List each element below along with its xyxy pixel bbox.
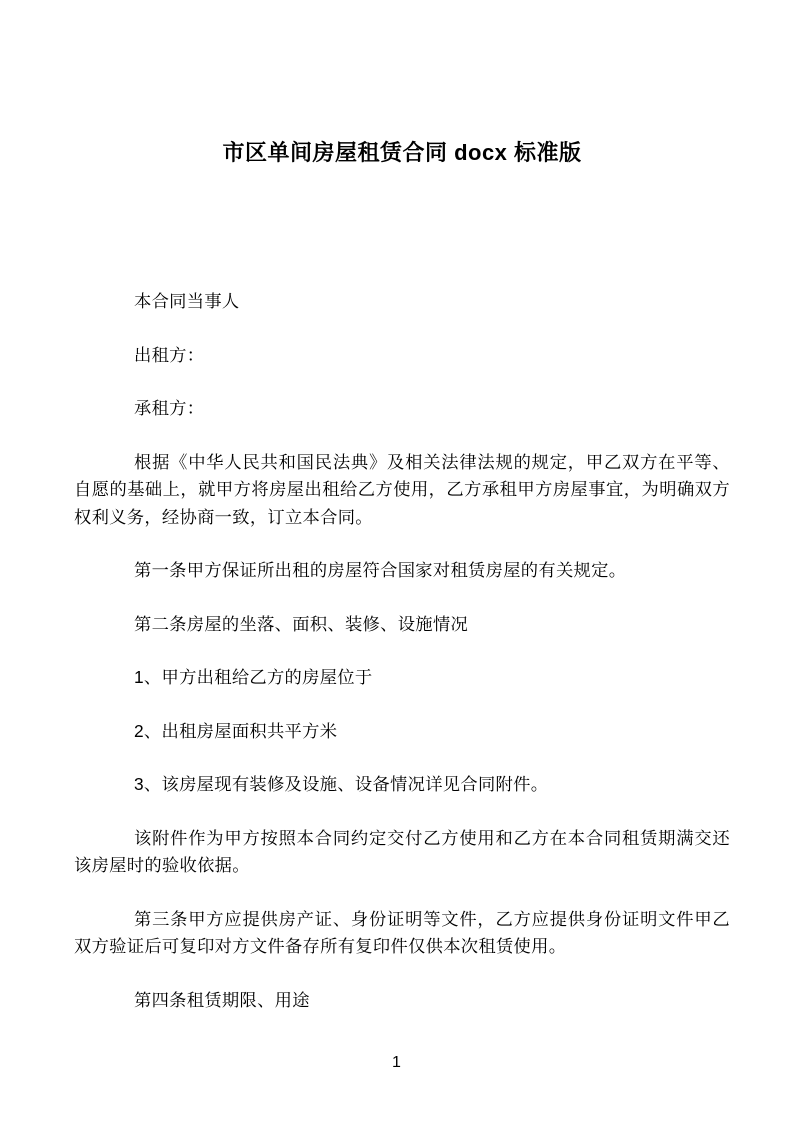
para-contract-parties: 本合同当事人 [74, 288, 730, 316]
document-body: 本合同当事人 出租方： 承租方： 根据《中华人民共和国民法典》及相关法律法规的规… [74, 288, 730, 1040]
para-preamble: 根据《中华人民共和国民法典》及相关法律法规的规定，甲乙双方在平等、自愿的基础上，… [74, 449, 730, 532]
para-clause-2-item-2: 2、出租房屋面积共平方米 [74, 718, 730, 746]
document-title: 市区单间房屋租赁合同 docx 标准版 [74, 138, 730, 168]
para-clause-2: 第二条房屋的坐落、面积、装修、设施情况 [74, 611, 730, 639]
para-lessee: 承租方： [74, 395, 730, 423]
para-clause-2-item-1: 1、甲方出租给乙方的房屋位于 [74, 664, 730, 692]
para-clause-1: 第一条甲方保证所出租的房屋符合国家对租赁房屋的有关规定。 [74, 557, 730, 585]
para-clause-4: 第四条租赁期限、用途 [74, 987, 730, 1015]
para-clause-2-item-3: 3、该房屋现有装修及设施、设备情况详见合同附件。 [74, 771, 730, 799]
para-clause-3: 第三条甲方应提供房产证、身份证明等文件，乙方应提供身份证明文件甲乙双方验证后可复… [74, 906, 730, 961]
para-lessor: 出租方： [74, 342, 730, 370]
document-page: 市区单间房屋租赁合同 docx 标准版 本合同当事人 出租方： 承租方： 根据《… [0, 0, 793, 1122]
page-number: 1 [0, 1049, 793, 1076]
para-annex-note: 该附件作为甲方按照本合同约定交付乙方使用和乙方在本合同租赁期满交还该房屋时的验收… [74, 825, 730, 880]
